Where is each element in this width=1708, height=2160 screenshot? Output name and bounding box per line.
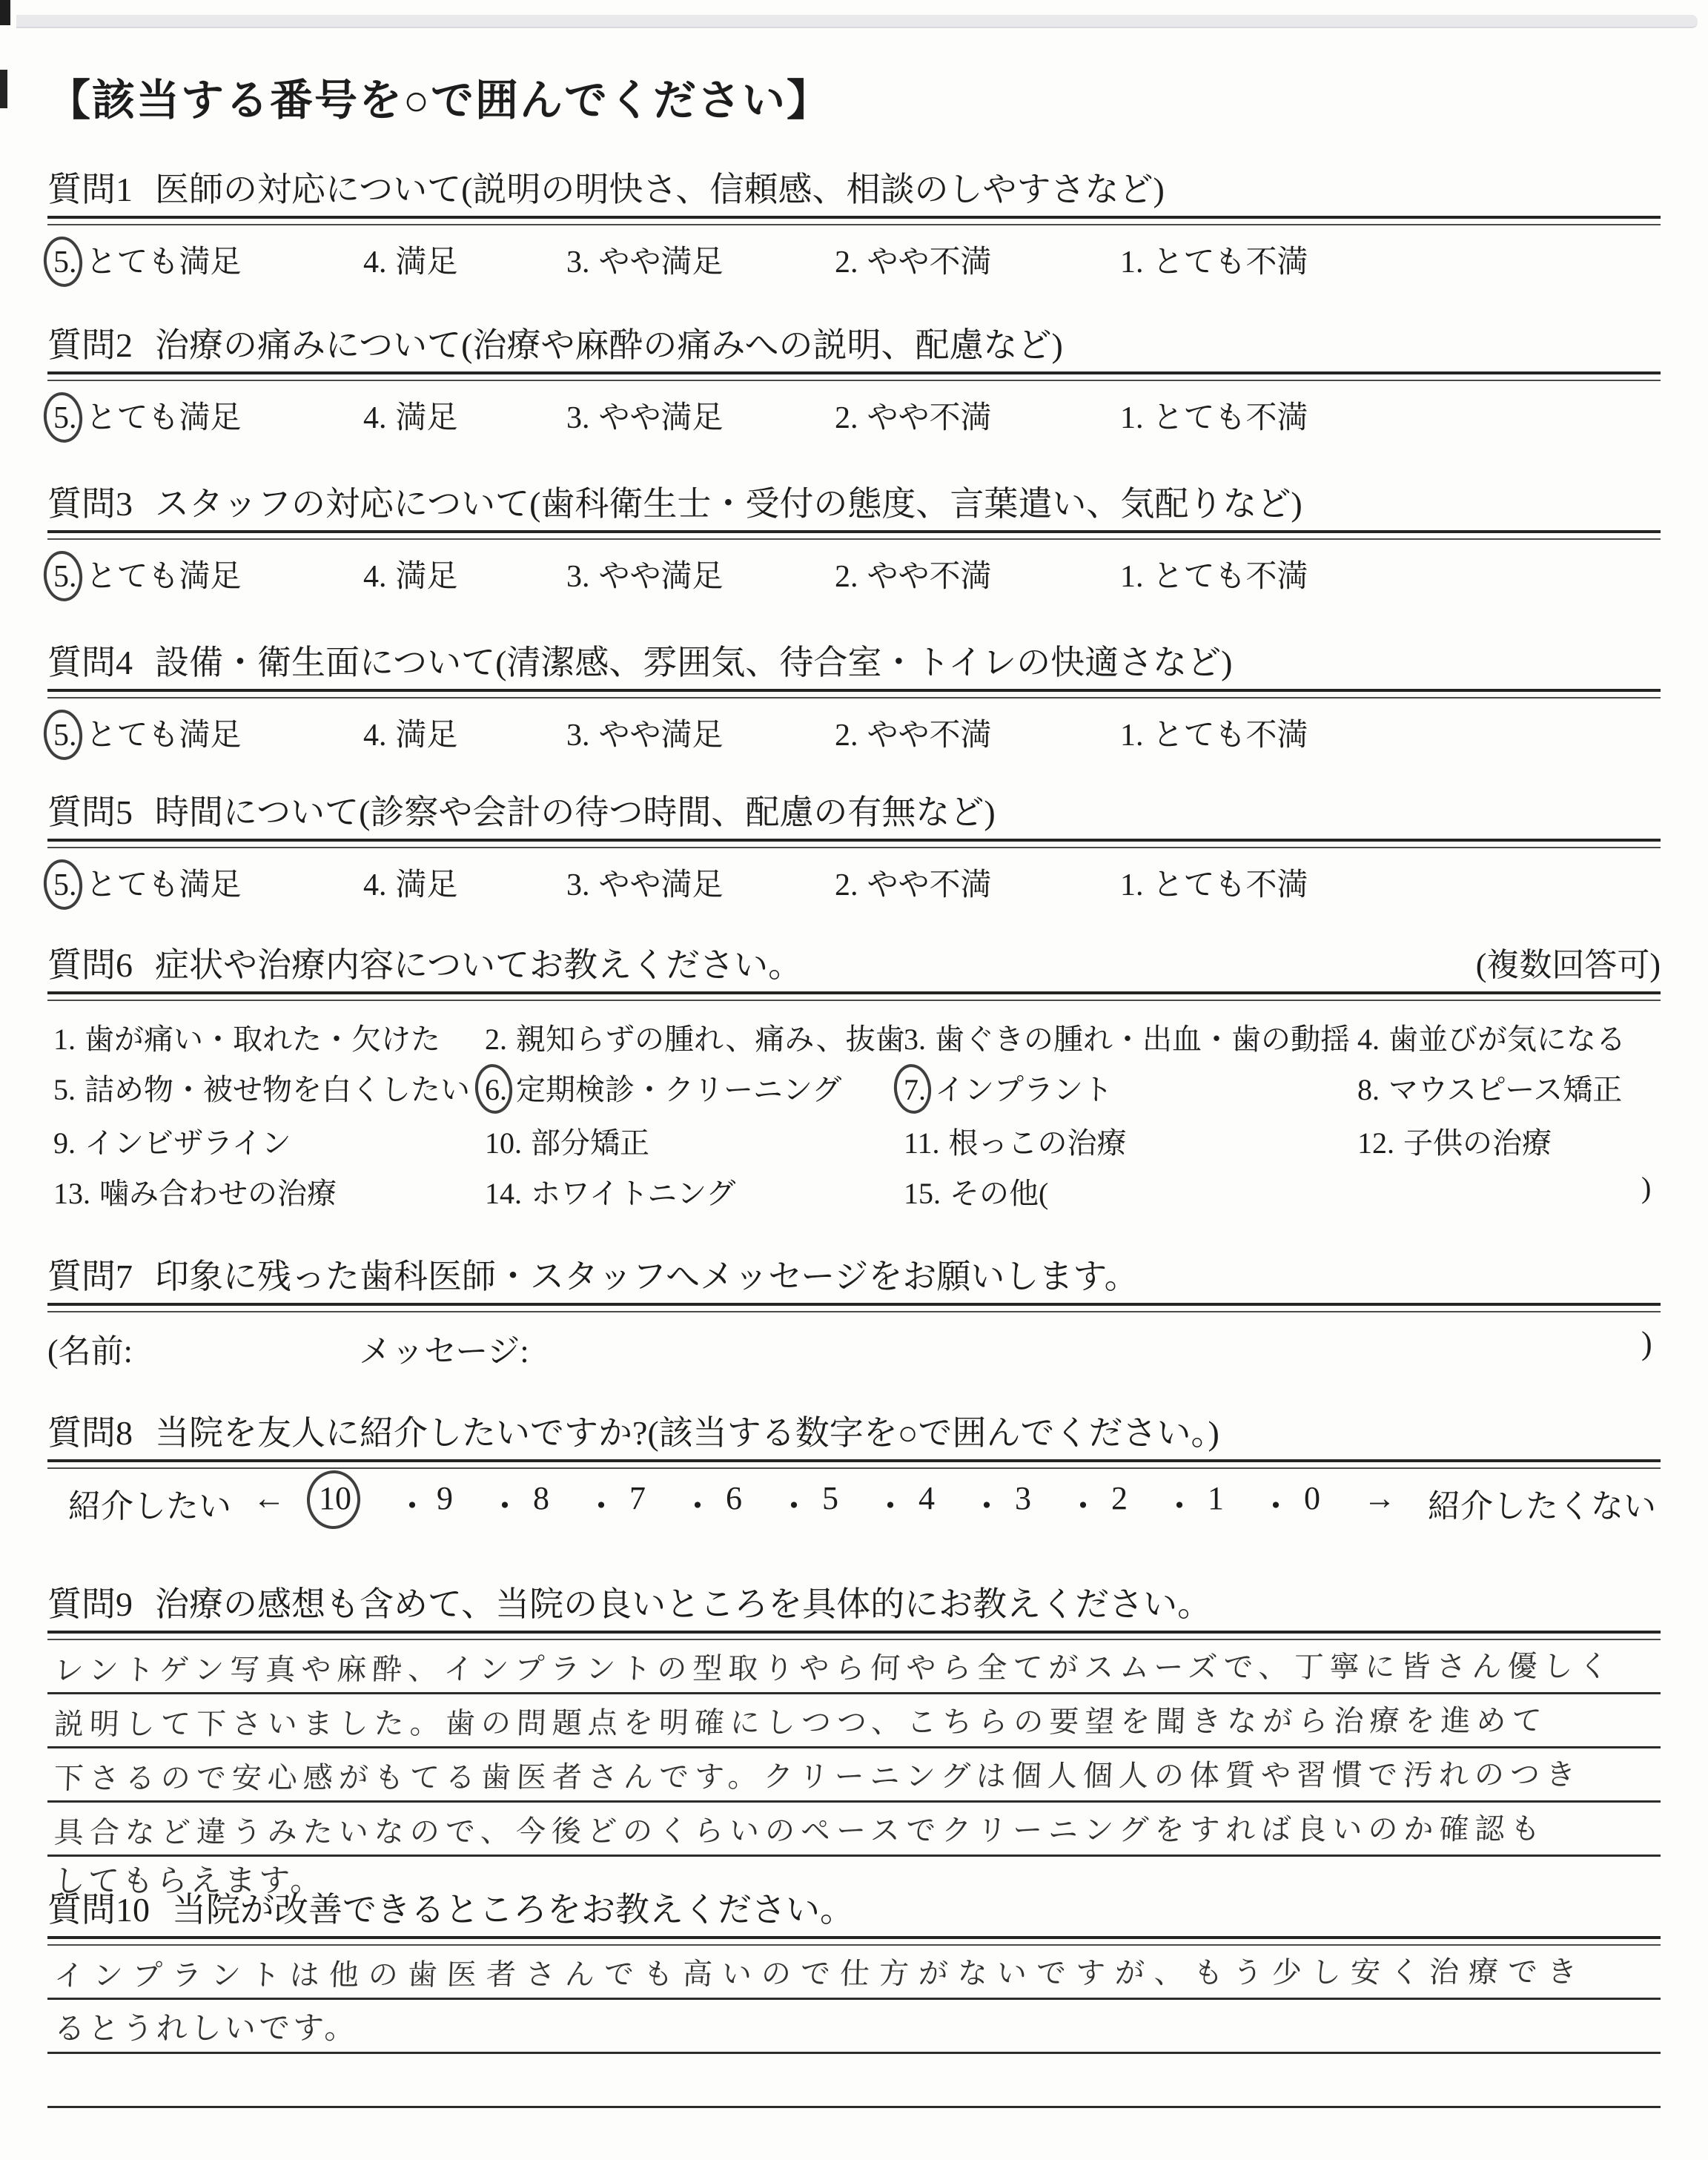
left-arrow-icon: ← xyxy=(253,1479,285,1517)
scale-9: 9 xyxy=(437,1479,453,1517)
question-1-heading: 質問1医師の対応について(説明の明快さ、信頼感、相談のしやすさなど) xyxy=(47,169,1661,210)
q3-option-4: 4.満足 xyxy=(363,552,458,596)
q1-option-5: 5.とても満足 xyxy=(53,237,242,282)
q6-item-3: 3.歯ぐきの腫れ・出血・歯の動揺 xyxy=(904,1016,1350,1058)
question-5-heading: 質問5時間について(診察や会計の待つ時間、配慮の有無など) xyxy=(47,792,1661,833)
scale-dot: ・ xyxy=(874,1479,907,1527)
question-7: 質問7印象に残った歯科医師・スタッフへメッセージをお願いします。 (名前: メッ… xyxy=(47,1256,1661,1369)
item-label: マウスピース矯正 xyxy=(1388,1073,1622,1106)
q5-option-1: 1.とても不満 xyxy=(1120,860,1308,905)
scale-left-label: 紹介したい xyxy=(68,1479,231,1527)
heading-underline xyxy=(47,1459,1661,1469)
question-1-text: 医師の対応について(説明の明快さ、信頼感、相談のしやすさなど) xyxy=(155,171,1165,208)
option-label: やや満足 xyxy=(599,245,724,280)
option-number: 1. xyxy=(1120,245,1144,280)
q5-option-5: 5.とても満足 xyxy=(53,860,242,905)
q6-item-15: 15.その他( xyxy=(904,1170,1048,1212)
multiple-answers-note: (複数回答可) xyxy=(1476,946,1661,985)
answer-line-empty xyxy=(47,2108,1661,2160)
question-2: 質問2治療の痛みについて(治療や麻酔の痛みへの説明、配慮など) 5.とても満足 … xyxy=(47,325,1661,440)
q6-item-1: 1.歯が痛い・取れた・欠けた xyxy=(53,1016,440,1058)
question-5: 質問5時間について(診察や会計の待つ時間、配慮の有無など) 5.とても満足 4.… xyxy=(47,792,1661,908)
heading-underline xyxy=(47,839,1661,848)
item-number: 12. xyxy=(1357,1126,1394,1160)
answer-line-empty xyxy=(47,2054,1661,2108)
question-6: 質問6症状や治療内容についてお教えください。 (複数回答可) 1.歯が痛い・取れ… xyxy=(47,945,1661,1216)
circled-answer-mark: 10 xyxy=(319,1479,351,1517)
scan-artifact-left-speck xyxy=(0,0,10,25)
option-label: やや満足 xyxy=(599,560,724,594)
answer-line: インプラントは他の歯医者さんでも高いので仕方がないですが、もう少し安く治療でき xyxy=(47,1946,1661,2000)
item-label: 歯並びが気になる xyxy=(1388,1023,1626,1056)
option-label: やや不満 xyxy=(867,560,992,594)
question-8-text: 当院を友人に紹介したいですか?(該当する数字を○で囲んでください。) xyxy=(155,1414,1219,1452)
question-5-text: 時間について(診察や会計の待つ時間、配慮の有無など) xyxy=(155,793,996,831)
q5-option-2: 2.やや不満 xyxy=(835,860,992,905)
question-6-choices: 1.歯が痛い・取れた・欠けた 2.親知らずの腫れ、痛み、抜歯 3.歯ぐきの腫れ・… xyxy=(47,1016,1661,1216)
heading-underline xyxy=(47,1936,1661,1946)
scale-dot: ・ xyxy=(1067,1479,1099,1527)
option-label: とても満足 xyxy=(86,401,242,435)
option-number: 2. xyxy=(835,718,858,753)
answer-line: 下さるので安心感がもてる歯医者さんです。クリーニングは個人個人の体質や習慣で汚れ… xyxy=(47,1748,1661,1803)
question-2-options: 5.とても満足 4.満足 3.やや満足 2.やや不満 1.とても不満 xyxy=(47,393,1661,440)
q3-option-5: 5.とても満足 xyxy=(53,552,242,596)
scale-1: 1 xyxy=(1208,1479,1224,1517)
question-5-label: 質問5 xyxy=(47,793,133,831)
scale-dot: ・ xyxy=(778,1479,810,1527)
item-label: 歯ぐきの腫れ・出血・歯の動揺 xyxy=(935,1023,1350,1056)
scale-2: 2 xyxy=(1111,1479,1128,1517)
heading-underline xyxy=(47,371,1661,381)
item-label: その他( xyxy=(950,1177,1048,1210)
option-label: 満足 xyxy=(396,868,458,902)
right-arrow-icon: → xyxy=(1363,1479,1396,1517)
q6-item-6: 6.定期検診・クリーニング xyxy=(485,1066,841,1109)
question-3-text: スタッフの対応について(歯科衛生士・受付の態度、言葉遣い、気配りなど) xyxy=(155,485,1302,523)
circled-answer-mark: 5. xyxy=(53,559,77,595)
scale-6: 6 xyxy=(726,1479,742,1517)
question-10: 質問10当院が改善できるところをお教えください。 インプラントは他の歯医者さんで… xyxy=(47,1889,1661,2160)
question-8-label: 質問8 xyxy=(47,1414,133,1452)
item-label: 根っこの治療 xyxy=(949,1126,1127,1160)
question-9-heading: 質問9治療の感想も含めて、当院の良いところを具体的にお教えください。 xyxy=(47,1584,1661,1625)
item-number: 8. xyxy=(1357,1072,1380,1107)
question-3-options: 5.とても満足 4.満足 3.やや満足 2.やや不満 1.とても不満 xyxy=(47,552,1661,599)
q3-option-3: 3.やや満足 xyxy=(566,552,724,596)
item-number: 14. xyxy=(485,1176,522,1211)
option-number: 1. xyxy=(1120,868,1144,903)
nps-scale-row: 紹介したい ← 10 ・ 9 ・ 8 ・ 7 ・ 6 ・ 5 ・ 4 ・ 3 ・… xyxy=(47,1479,1661,1528)
q1-option-1: 1.とても不満 xyxy=(1120,237,1308,282)
circled-answer-mark: 5. xyxy=(53,400,77,436)
item-number: 4. xyxy=(1357,1022,1380,1057)
handwritten-text: インプラントは他の歯医者さんでも高いので仕方がないですが、もう少し安く治療でき xyxy=(53,1949,1587,1995)
q6-other-close-paren: ) xyxy=(1641,1170,1651,1205)
name-field-label: (名前: xyxy=(47,1324,133,1372)
option-number: 3. xyxy=(566,718,590,753)
answer-line: レントゲン写真や麻酔、インプラントの型取りやら何やら全てがスムーズで、丁寧に皆さ… xyxy=(47,1640,1661,1694)
option-label: とても満足 xyxy=(86,719,242,753)
option-label: とても満足 xyxy=(86,245,242,280)
question-4-label: 質問4 xyxy=(47,644,133,681)
heading-underline xyxy=(47,530,1661,540)
q4-option-5: 5.とても満足 xyxy=(53,710,242,755)
q6-item-8: 8.マウスピース矯正 xyxy=(1357,1066,1622,1109)
question-9: 質問9治療の感想も含めて、当院の良いところを具体的にお教えください。 レントゲン… xyxy=(47,1584,1661,1904)
option-number: 4. xyxy=(363,245,387,280)
question-7-answer-row: (名前: メッセージ: ) xyxy=(47,1324,1661,1369)
option-number: 4. xyxy=(363,718,387,753)
option-number: 2. xyxy=(835,245,858,280)
option-number: 2. xyxy=(835,400,858,436)
question-4: 質問4設備・衛生面について(清潔感、雰囲気、待合室・トイレの快適さなど) 5.と… xyxy=(47,642,1661,758)
answer-line: 具合など違うみたいなので、今後どのくらいのペースでクリーニングをすれば良いのか確… xyxy=(47,1803,1661,1857)
option-label: とても不満 xyxy=(1153,719,1308,753)
q2-option-5: 5.とても満足 xyxy=(53,393,242,437)
item-number: 1. xyxy=(53,1022,76,1057)
scale-dot: ・ xyxy=(1260,1479,1292,1527)
q4-option-4: 4.満足 xyxy=(363,710,458,755)
q5-option-4: 4.満足 xyxy=(363,860,458,905)
scan-artifact-top-band xyxy=(16,15,1698,28)
circled-answer-mark: 5. xyxy=(53,868,77,903)
answer-line: るとうれしいです。 xyxy=(47,2000,1661,2054)
item-label: インビザライン xyxy=(85,1126,291,1160)
heading-underline xyxy=(47,216,1661,225)
question-2-text: 治療の痛みについて(治療や麻酔の痛みへの説明、配慮など) xyxy=(155,326,1063,364)
question-9-label: 質問9 xyxy=(47,1585,133,1623)
item-label: インプラント xyxy=(935,1073,1113,1106)
q1-option-3: 3.やや満足 xyxy=(566,237,724,282)
question-8: 質問8当院を友人に紹介したいですか?(該当する数字を○で囲んでください。) 紹介… xyxy=(47,1413,1661,1528)
q6-item-9: 9.インビザライン xyxy=(53,1120,291,1162)
option-label: 満足 xyxy=(396,719,458,753)
question-10-heading: 質問10当院が改善できるところをお教えください。 xyxy=(47,1889,1661,1930)
scale-dot: ・ xyxy=(1163,1479,1196,1527)
option-label: やや満足 xyxy=(599,868,724,902)
handwritten-text: 具合など違うみたいなので、今後どのくらいのペースでクリーニングをすれば良いのか確… xyxy=(53,1806,1546,1852)
item-number: 13. xyxy=(53,1176,90,1211)
q6-item-13: 13.噛み合わせの治療 xyxy=(53,1170,337,1212)
question-3: 質問3スタッフの対応について(歯科衛生士・受付の態度、言葉遣い、気配りなど) 5… xyxy=(47,483,1661,599)
scale-7: 7 xyxy=(629,1479,646,1517)
option-number: 4. xyxy=(363,400,387,436)
heading-underline xyxy=(47,1303,1661,1312)
question-1: 質問1医師の対応について(説明の明快さ、信頼感、相談のしやすさなど) 5.とても… xyxy=(47,169,1661,285)
scale-right-label: 紹介したくない xyxy=(1428,1479,1656,1527)
item-number: 11. xyxy=(904,1126,940,1160)
q2-option-1: 1.とても不満 xyxy=(1120,393,1308,437)
option-label: とても不満 xyxy=(1153,245,1308,280)
option-label: 満足 xyxy=(396,401,458,435)
circled-answer-mark: 7. xyxy=(904,1072,926,1107)
q4-option-3: 3.やや満足 xyxy=(566,710,724,755)
survey-scan-page: 【該当する番号を○で囲んでください】 質問1医師の対応について(説明の明快さ、信… xyxy=(0,0,1708,2160)
option-label: やや満足 xyxy=(599,719,724,753)
q3-option-2: 2.やや不満 xyxy=(835,552,992,596)
item-label: 親知らずの腫れ、痛み、抜歯 xyxy=(516,1023,905,1056)
option-label: とても不満 xyxy=(1153,868,1308,902)
option-number: 2. xyxy=(835,868,858,903)
scale-0: 0 xyxy=(1304,1479,1320,1517)
scale-dot: ・ xyxy=(396,1479,428,1527)
q6-item-12: 12.子供の治療 xyxy=(1357,1120,1552,1162)
question-4-options: 5.とても満足 4.満足 3.やや満足 2.やや不満 1.とても不満 xyxy=(47,710,1661,758)
q6-item-5: 5.詰め物・被せ物を白くしたい xyxy=(53,1066,470,1109)
item-number: 10. xyxy=(485,1126,522,1160)
scale-3: 3 xyxy=(1015,1479,1031,1517)
page-title: 【該当する番号を○で囲んでください】 xyxy=(47,65,831,128)
circled-answer-mark: 5. xyxy=(53,718,77,753)
q6-item-14: 14.ホワイトニング xyxy=(485,1170,735,1212)
q2-option-3: 3.やや満足 xyxy=(566,393,724,437)
handwritten-text: レントゲン写真や麻酔、インプラントの型取りやら何やら全てがスムーズで、丁寧に皆さ… xyxy=(53,1643,1615,1690)
question-6-heading: 質問6症状や治療内容についてお教えください。 (複数回答可) xyxy=(47,945,1661,985)
option-label: やや不満 xyxy=(867,868,992,902)
q1-option-4: 4.満足 xyxy=(363,237,458,282)
question-7-text: 印象に残った歯科医師・スタッフへメッセージをお願いします。 xyxy=(155,1258,1139,1295)
scale-dot: ・ xyxy=(970,1479,1003,1527)
option-number: 4. xyxy=(363,559,387,595)
q4-option-2: 2.やや不満 xyxy=(835,710,992,755)
handwritten-text: 下さるので安心感がもてる歯医者さんです。クリーニングは個人個人の体質や習慣で汚れ… xyxy=(53,1751,1582,1797)
item-number: 15. xyxy=(904,1176,941,1211)
item-number: 3. xyxy=(904,1022,926,1057)
option-label: とても満足 xyxy=(86,560,242,594)
question-6-label: 質問6 xyxy=(47,946,133,984)
option-label: やや不満 xyxy=(867,245,992,280)
q6-item-11: 11.根っこの治療 xyxy=(904,1120,1127,1162)
item-number: 5. xyxy=(53,1072,76,1107)
scale-dot: ・ xyxy=(681,1479,714,1527)
item-label: 子供の治療 xyxy=(1403,1126,1552,1160)
item-label: 噛み合わせの治療 xyxy=(99,1177,337,1210)
option-label: やや不満 xyxy=(867,719,992,753)
question-9-text: 治療の感想も含めて、当院の良いところを具体的にお教えください。 xyxy=(155,1585,1211,1623)
option-number: 4. xyxy=(363,868,387,903)
question-10-label: 質問10 xyxy=(47,1891,150,1929)
close-paren: ) xyxy=(1641,1324,1652,1362)
question-4-heading: 質問4設備・衛生面について(清潔感、雰囲気、待合室・トイレの快適さなど) xyxy=(47,642,1661,683)
option-label: とても不満 xyxy=(1153,401,1308,435)
heading-underline xyxy=(47,1631,1661,1640)
q6-item-2: 2.親知らずの腫れ、痛み、抜歯 xyxy=(485,1016,905,1058)
q6-item-10: 10.部分矯正 xyxy=(485,1120,649,1162)
question-4-text: 設備・衛生面について(清潔感、雰囲気、待合室・トイレの快適さなど) xyxy=(155,644,1232,681)
item-label: 詰め物・被せ物を白くしたい xyxy=(85,1073,470,1106)
question-7-heading: 質問7印象に残った歯科医師・スタッフへメッセージをお願いします。 xyxy=(47,1256,1661,1297)
option-number: 3. xyxy=(566,559,590,595)
scale-8: 8 xyxy=(533,1479,549,1517)
option-label: 満足 xyxy=(396,560,458,594)
scale-dot: ・ xyxy=(489,1479,521,1527)
handwritten-text: 説明して下さいました。歯の問題点を明確にしつつ、こちらの要望を聞きながら治療を進… xyxy=(53,1697,1548,1743)
item-label: 定期検診・クリーニング xyxy=(516,1073,841,1106)
item-number: 2. xyxy=(485,1022,507,1057)
question-6-text: 症状や治療内容についてお教えください。 xyxy=(155,946,802,984)
q6-item-4: 4.歯並びが気になる xyxy=(1357,1016,1626,1058)
item-number: 9. xyxy=(53,1126,76,1160)
question-2-label: 質問2 xyxy=(47,326,133,364)
option-label: やや不満 xyxy=(867,401,992,435)
option-number: 2. xyxy=(835,559,858,595)
q1-option-2: 2.やや不満 xyxy=(835,237,992,282)
item-label: 歯が痛い・取れた・欠けた xyxy=(85,1023,440,1056)
answer-line: 説明して下さいました。歯の問題点を明確にしつつ、こちらの要望を聞きながら治療を進… xyxy=(47,1694,1661,1748)
option-number: 3. xyxy=(566,400,590,436)
option-number: 3. xyxy=(566,245,590,280)
option-number: 3. xyxy=(566,868,590,903)
scan-artifact-left-speck xyxy=(0,70,7,108)
question-1-options: 5.とても満足 4.満足 3.やや満足 2.やや不満 1.とても不満 xyxy=(47,237,1661,285)
circled-answer-mark: 6. xyxy=(485,1072,507,1107)
scale-5: 5 xyxy=(822,1479,838,1517)
question-5-options: 5.とても満足 4.満足 3.やや満足 2.やや不満 1.とても不満 xyxy=(47,860,1661,908)
handwritten-text: るとうれしいです。 xyxy=(53,2004,360,2049)
question-1-label: 質問1 xyxy=(47,171,133,208)
q2-option-4: 4.満足 xyxy=(363,393,458,437)
question-10-text: 当院が改善できるところをお教えください。 xyxy=(172,1891,854,1929)
q4-option-1: 1.とても不満 xyxy=(1120,710,1308,755)
question-2-heading: 質問2治療の痛みについて(治療や麻酔の痛みへの説明、配慮など) xyxy=(47,325,1661,366)
question-3-label: 質問3 xyxy=(47,485,133,523)
option-label: 満足 xyxy=(396,245,458,280)
message-field-label: メッセージ: xyxy=(359,1324,529,1372)
option-label: とても不満 xyxy=(1153,560,1308,594)
option-label: とても満足 xyxy=(86,868,242,902)
scale-dot: ・ xyxy=(585,1479,618,1527)
heading-underline xyxy=(47,991,1661,1001)
question-8-heading: 質問8当院を友人に紹介したいですか?(該当する数字を○で囲んでください。) xyxy=(47,1413,1661,1453)
option-number: 1. xyxy=(1120,718,1144,753)
item-label: 部分矯正 xyxy=(531,1126,649,1160)
option-number: 1. xyxy=(1120,400,1144,436)
question-7-label: 質問7 xyxy=(47,1258,133,1295)
q6-item-7: 7.インプラント xyxy=(904,1066,1113,1109)
item-label: ホワイトニング xyxy=(531,1177,735,1210)
question-3-heading: 質問3スタッフの対応について(歯科衛生士・受付の態度、言葉遣い、気配りなど) xyxy=(47,483,1661,524)
option-number: 1. xyxy=(1120,559,1144,595)
circled-answer-mark: 5. xyxy=(53,245,77,280)
q5-option-3: 3.やや満足 xyxy=(566,860,724,905)
heading-underline xyxy=(47,689,1661,698)
scale-4: 4 xyxy=(918,1479,935,1517)
q2-option-2: 2.やや不満 xyxy=(835,393,992,437)
option-label: やや満足 xyxy=(599,401,724,435)
q3-option-1: 1.とても不満 xyxy=(1120,552,1308,596)
